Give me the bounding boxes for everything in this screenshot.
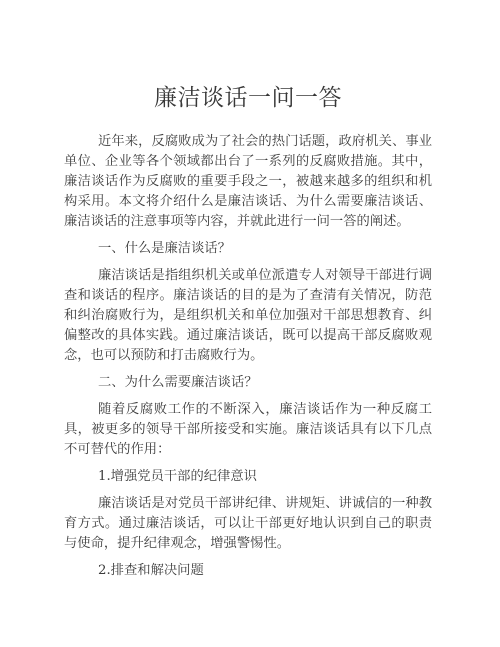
paragraph-what-is: 廉洁谈话是指组织机关或单位派遣专人对领导干部进行调查和谈话的程序。廉洁谈话的目的… <box>64 266 432 366</box>
subsection-heading-investigate: 2.排查和解决问题 <box>64 561 432 581</box>
document-title: 廉洁谈话一问一答 <box>64 84 432 112</box>
subsection-heading-discipline: 1.增强党员干部的纪律意识 <box>64 467 432 487</box>
section-heading-what-is: 一、什么是廉洁谈话？ <box>64 239 432 259</box>
section-heading-why-needed: 二、为什么需要廉洁谈话？ <box>64 373 432 393</box>
document-page: 廉洁谈话一问一答 近年来，反腐败成为了社会的热门话题，政府机关、事业单位、企业等… <box>0 0 500 647</box>
paragraph-why-needed: 随着反腐败工作的不断深入，廉洁谈话作为一种反腐工具，被更多的领导干部所接受和实施… <box>64 400 432 460</box>
intro-paragraph: 近年来，反腐败成为了社会的热门话题，政府机关、事业单位、企业等各个领域都出台了一… <box>64 132 432 232</box>
paragraph-discipline: 廉洁谈话是对党员干部讲纪律、讲规矩、讲诚信的一种教育方式。通过廉洁谈话，可以让干… <box>64 494 432 554</box>
